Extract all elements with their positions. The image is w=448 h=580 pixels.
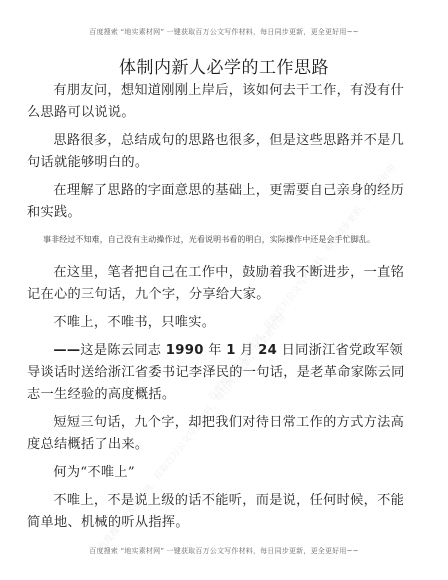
text-segment: 月 [236,343,258,358]
text-segment: 这是陈云同志 [80,343,165,358]
paragraph-small: 事非经过不知难，自己没有主动操作过，光看说明书看的明白，实际操作中还是会手忙脚乱… [27,228,409,252]
paragraph: 思路很多，总结成句的思路也很多，但是这些思路并不是几句话就能够明白的。 [27,130,409,174]
paragraph: 在理解了思路的字面意思的基础上，更需要自己亲身的经历和实践。 [27,180,409,224]
paragraph: 在这里，笔者把自己在工作中，鼓励着我不断进步，一直铭记在心的三句话，九个字，分享… [27,262,409,306]
document-title: 体制内新人必学的工作思路 [0,53,448,78]
header-promo-note: 百度搜索 “地实素材网” 一键获取百万公文写作材料，每日同步更新，更全更好用~~ [0,27,448,37]
em-dash: —— [53,343,80,358]
year-number: 1990 [166,343,204,358]
day-number: 24 [258,343,277,358]
section-heading: 何为“不唯上” [27,462,409,484]
footer-promo-note: 百度搜索 “地实素材网” 一键获取百万公文写作材料，每日同步更新，更全更好用~~ [0,546,448,556]
paragraph: 短短三句话，九个字，却把我们对待日常工作的方式方法高度总结概括了出来。 [27,412,409,456]
paragraph-motto: 不唯上，不唯书，只唯实。 [27,312,409,334]
paragraph: 不唯上，不是说上级的话不能听，而是说，任何时候，不能简单地、机械的听从指挥。 [27,490,409,534]
paragraph-quote-source: ——这是陈云同志 1990 年 1 月 24 日同浙江省党政军领导谈话时送给浙江… [27,340,409,406]
document-page: 百度搜索地实素材网，获取百万公文写作材料，每日同步更新，更全更好用 百度搜索地实… [0,0,448,580]
text-segment: 年 [204,343,226,358]
paragraph: 有朋友问，想知道刚刚上岸后，该如何去干工作，有没有什么思路可以说说。 [27,80,409,124]
month-number: 1 [226,343,235,358]
document-body: 有朋友问，想知道刚刚上岸后，该如何去干工作，有没有什么思路可以说说。 思路很多，… [27,80,409,534]
